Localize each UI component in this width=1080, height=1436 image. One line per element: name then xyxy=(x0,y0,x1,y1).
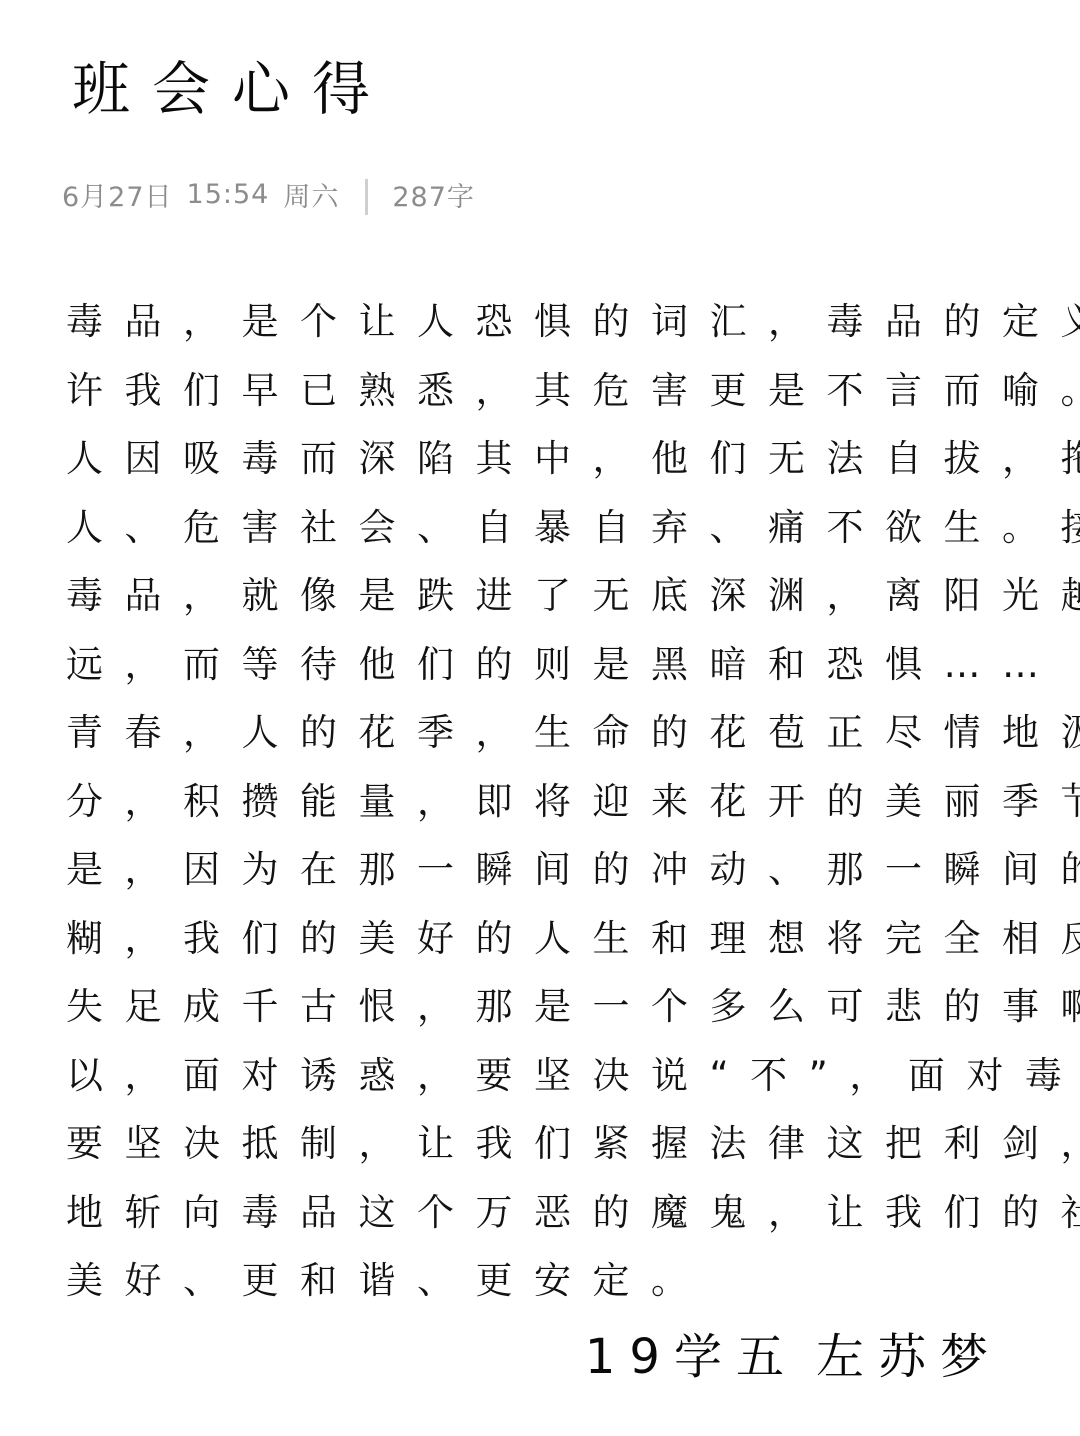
body-line: 糊，我们的美好的人生和理想将完全相反，一 xyxy=(66,905,1026,974)
body-line: 是，因为在那一瞬间的冲动、那一瞬间的迷 xyxy=(66,836,1026,905)
signature-author: 左苏梦 xyxy=(816,1329,1002,1385)
signature-class: 19学五 xyxy=(585,1329,798,1385)
body-line: 以，面对诱惑，要坚决说“不”，面对毒品， xyxy=(66,1042,1026,1111)
body-line: 青春，人的花季，生命的花苞正尽情地汲取养 xyxy=(66,699,1026,768)
note-weekday: 周六 xyxy=(283,175,339,214)
body-line: 人因吸毒而深陷其中，他们无法自拔，拖累家 xyxy=(66,425,1026,494)
note-title: 班会心得 xyxy=(72,52,392,126)
note-body[interactable]: 毒品，是个让人恐惧的词汇，毒品的定义，也 许我们早已熟悉，其危害更是不言而喻。多… xyxy=(66,288,1026,1316)
body-line: 许我们早已熟悉，其危害更是不言而喻。多少 xyxy=(66,357,1026,426)
body-line: 地斩向毒品这个万恶的魔鬼，让我们的社会更 xyxy=(66,1179,1026,1248)
note-word-count: 287字 xyxy=(392,175,475,214)
body-line: 人、危害社会、自暴自弃、痛不欲生。接触了 xyxy=(66,494,1026,563)
note-time: 15:54 xyxy=(187,179,270,210)
body-line: 毒品，就像是跌进了无底深渊，离阳光越来越 xyxy=(66,562,1026,631)
body-line: 要坚决抵制，让我们紧握法律这把利剑，狠狠 xyxy=(66,1110,1026,1179)
body-line: 美好、更和谐、更安定。 xyxy=(66,1247,1026,1316)
body-line: 毒品，是个让人恐惧的词汇，毒品的定义，也 xyxy=(66,288,1026,357)
note-date: 6月27日 xyxy=(62,175,173,214)
note-meta: 6月27日 15:54 周六 287字 xyxy=(62,172,475,216)
body-line: 远，而等待他们的则是黑暗和恐惧…… xyxy=(66,631,1026,700)
body-line: 失足成千古恨，那是一个多么可悲的事啊!所 xyxy=(66,973,1026,1042)
signature: 19学五左苏梦 xyxy=(585,1318,1002,1387)
body-line: 分，积攒能量，即将迎来花开的美丽季节。可 xyxy=(66,768,1026,837)
meta-divider xyxy=(365,179,368,215)
